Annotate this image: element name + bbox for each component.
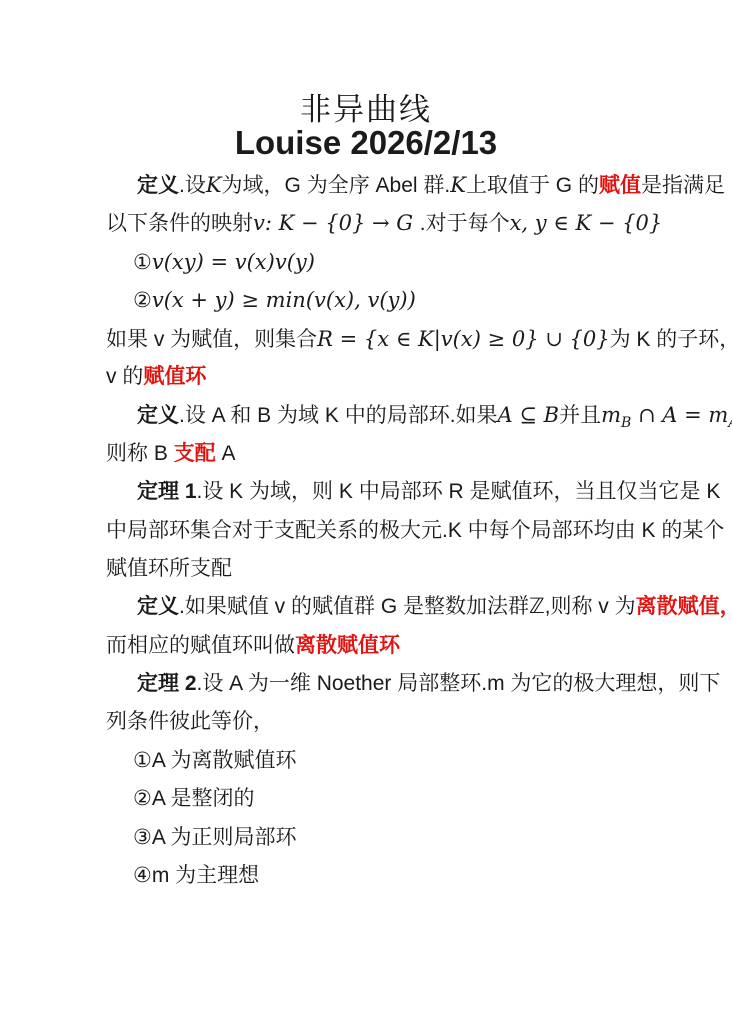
text-run: A xyxy=(728,415,732,431)
text-run: 如果 v 为赋值，则集合 xyxy=(106,328,317,351)
text-run: 则称 B xyxy=(106,442,174,465)
text-run: ①A 为离散赋值环 xyxy=(133,749,297,772)
text-line: 定义.设K为域，G 为全序 Abel 群.K上取值于 G 的赋值是指满足 xyxy=(106,166,726,204)
text-run: 并且 xyxy=(559,404,601,427)
document-page: 非异曲线 Louise 2026/2/13 定义.设K为域，G 为全序 Abel… xyxy=(0,0,732,1024)
text-run: 定理 1 xyxy=(137,480,197,503)
text-run: A ⊆ B xyxy=(498,403,560,427)
document-title: 非异曲线 xyxy=(0,84,732,129)
text-run: v(xy) = v(x)v(y) xyxy=(152,250,315,274)
document-subtitle: Louise 2026/2/13 xyxy=(0,124,732,162)
text-run: ∩ A = m xyxy=(631,403,728,427)
text-line: 以下条件的映射v: K − {0} → G .对于每个x, y ∈ K − {0… xyxy=(106,204,726,242)
text-run: B xyxy=(621,415,631,431)
highlighted-term: 离散赋值， xyxy=(636,595,732,618)
text-run: .设 A 为一维 Noether 局部整环.m 为它的极大理想，则下 xyxy=(197,672,721,695)
text-line: 定理 1.设 K 为域，则 K 中局部环 R 是赋值环，当且仅当它是 K xyxy=(106,473,726,511)
highlighted-term: 赋值环 xyxy=(143,365,206,388)
text-run: .设 A 和 B 为域 K 中的局部环.如果 xyxy=(179,404,498,427)
text-line: ②A 是整闭的 xyxy=(106,780,726,818)
text-line: ①v(xy) = v(x)v(y) xyxy=(106,243,726,281)
text-line: 列条件彼此等价， xyxy=(106,703,726,741)
text-run: 赋值环所支配 xyxy=(106,557,232,580)
text-run: ②A 是整闭的 xyxy=(133,787,255,810)
text-line: ④m 为主理想 xyxy=(106,857,726,895)
text-line: 中局部环集合对于支配关系的极大元.K 中每个局部环均由 K 的某个 xyxy=(106,512,726,550)
text-run: A xyxy=(216,442,236,465)
text-line: 定理 2.设 A 为一维 Noether 局部整环.m 为它的极大理想，则下 xyxy=(106,665,726,703)
text-run: 列条件彼此等价， xyxy=(106,710,274,733)
text-line: 赋值环所支配 xyxy=(106,550,726,588)
text-line: 定义.如果赋值 v 的赋值群 G 是整数加法群ℤ,则称 v 为离散赋值， xyxy=(106,588,726,626)
text-run: 定理 2 xyxy=(137,672,197,695)
text-run: 上取值于 G 的 xyxy=(466,174,599,197)
text-run: 定义 xyxy=(137,595,179,618)
text-run: R = {x ∈ K|v(x) ≥ 0} ∪ {0} xyxy=(317,327,609,351)
text-run: .如果赋值 v 的赋值群 G 是整数加法群ℤ,则称 v 为 xyxy=(179,595,636,618)
text-line: 如果 v 为赋值，则集合R = {x ∈ K|v(x) ≥ 0} ∪ {0}为 … xyxy=(106,320,726,358)
text-run: 是指满足 xyxy=(641,174,725,197)
text-run: 定义 xyxy=(137,404,179,427)
text-run: x, y ∈ K − {0} xyxy=(510,211,663,235)
text-run: 中局部环集合对于支配关系的极大元.K 中每个局部环均由 K 的某个 xyxy=(106,519,724,542)
text-run: ② xyxy=(133,289,152,312)
text-run: v: K − {0} → G xyxy=(253,211,420,235)
document-body: 定义.设K为域，G 为全序 Abel 群.K上取值于 G 的赋值是指满足以下条件… xyxy=(106,166,726,895)
text-run: 而相应的赋值环叫做 xyxy=(106,634,295,657)
highlighted-term: 赋值 xyxy=(599,174,641,197)
text-run: ④m 为主理想 xyxy=(133,864,259,887)
text-line: ③A 为正则局部环 xyxy=(106,819,726,857)
text-run: v 的 xyxy=(106,365,143,388)
text-run: v(x + y) ≥ min(v(x), v(y)) xyxy=(152,288,416,312)
text-line: v 的赋值环 xyxy=(106,358,726,396)
text-run: ③A 为正则局部环 xyxy=(133,826,297,849)
text-run: 以下条件的映射 xyxy=(106,212,253,235)
text-run: K xyxy=(206,173,222,197)
text-run: 定义 xyxy=(137,174,179,197)
text-run: .设 xyxy=(179,174,206,197)
text-line: 则称 B 支配 A xyxy=(106,435,726,473)
highlighted-term: 支配 xyxy=(174,442,216,465)
text-run: .对于每个 xyxy=(420,212,510,235)
highlighted-term: 离散赋值环 xyxy=(295,634,400,657)
text-run: m xyxy=(601,403,621,427)
text-run: 为 K 的子环，叫做 xyxy=(610,328,732,351)
text-run: K xyxy=(450,173,466,197)
text-line: 而相应的赋值环叫做离散赋值环 xyxy=(106,627,726,665)
text-run: .设 K 为域，则 K 中局部环 R 是赋值环，当且仅当它是 K xyxy=(197,480,721,503)
text-line: 定义.设 A 和 B 为域 K 中的局部环.如果A ⊆ B并且mB ∩ A = … xyxy=(106,396,726,434)
text-run: 为域，G 为全序 Abel 群. xyxy=(222,174,451,197)
text-run: ① xyxy=(133,251,152,274)
text-line: ①A 为离散赋值环 xyxy=(106,742,726,780)
text-line: ②v(x + y) ≥ min(v(x), v(y)) xyxy=(106,281,726,319)
